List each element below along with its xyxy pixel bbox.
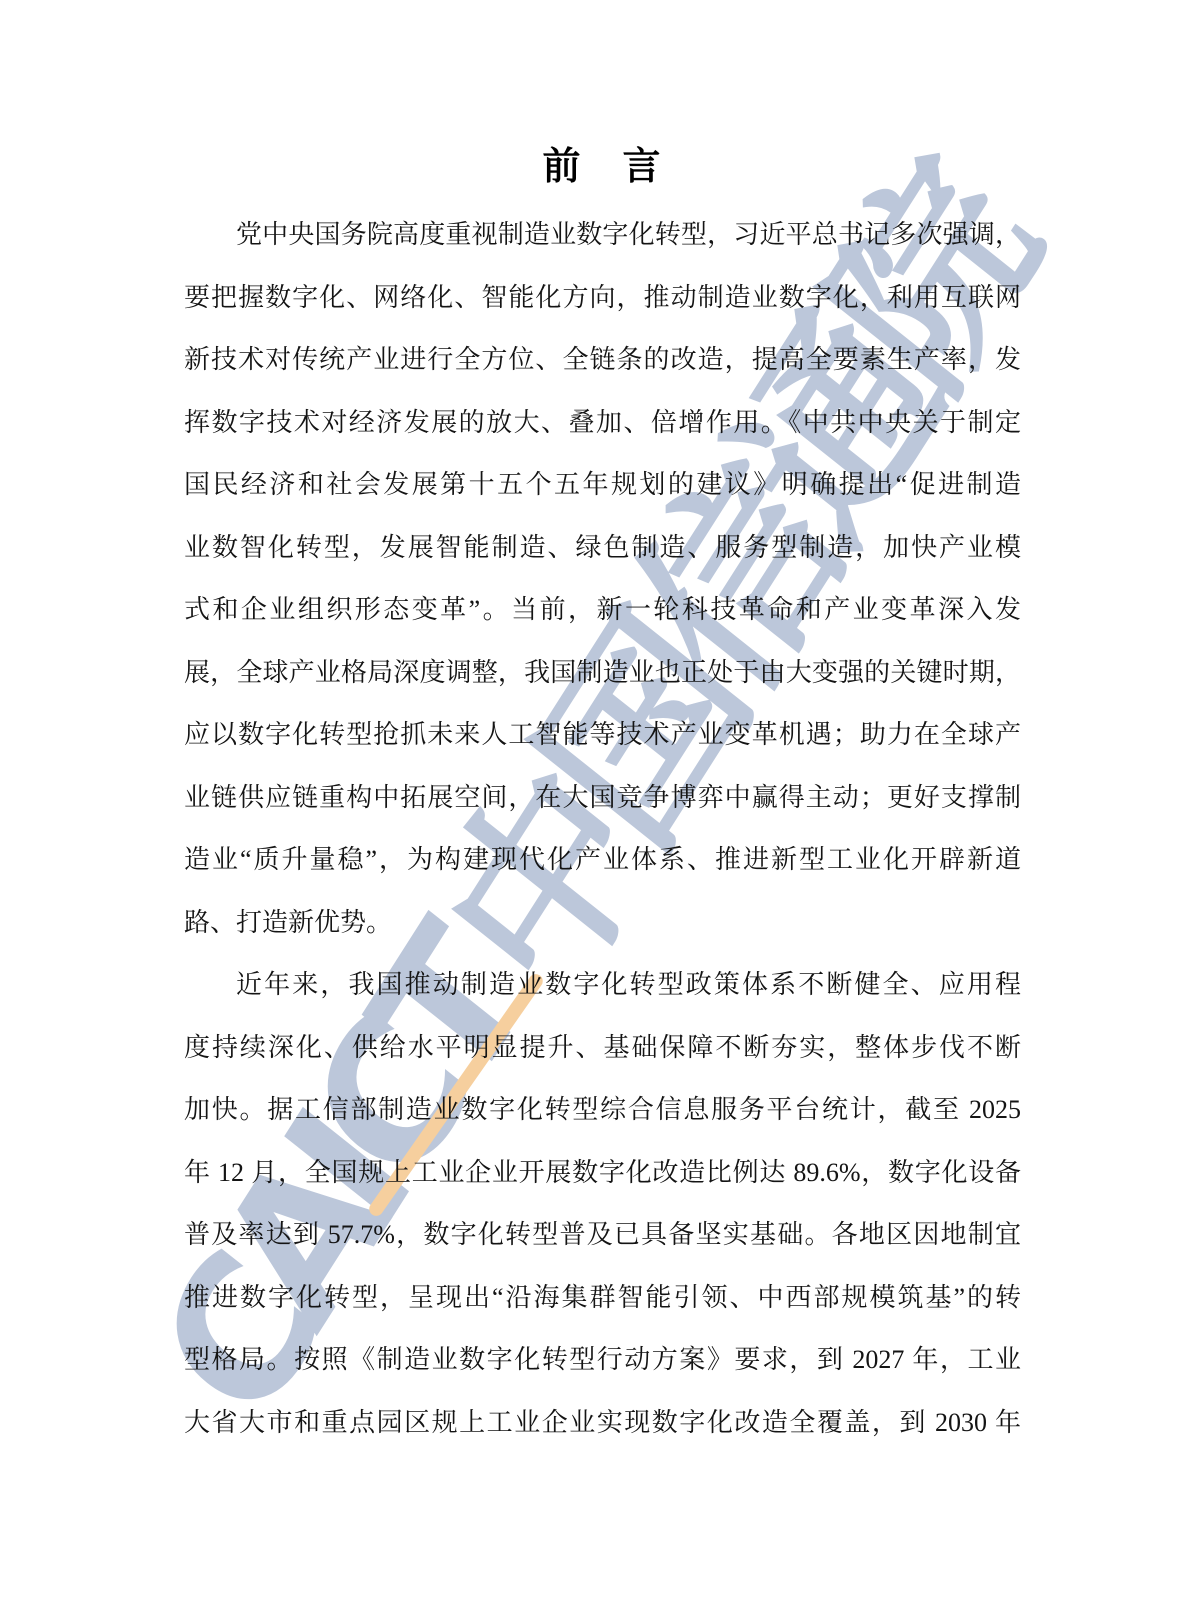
text-line: 路、打造新优势。	[184, 892, 1021, 955]
text-line: 业数智化转型，发展智能制造、绿色制造、服务型制造，加快产业模	[184, 517, 1021, 580]
text-line: 型格局。按照《制造业数字化转型行动方案》要求，到 2027 年，工业	[184, 1329, 1021, 1392]
page-title: 前 言	[184, 142, 1021, 192]
text-line: 推进数字化转型，呈现出“沿海集群智能引领、中西部规模筑基”的转	[184, 1267, 1021, 1330]
text-line: 造业“质升量稳”，为构建现代化产业体系、推进新型工业化开辟新道	[184, 829, 1021, 892]
text-line: 国民经济和社会发展第十五个五年规划的建议》明确提出“促进制造	[184, 454, 1021, 517]
text-line: 年 12 月，全国规上工业企业开展数字化改造比例达 89.6%，数字化设备	[184, 1142, 1021, 1205]
text-line: 加快。据工信部制造业数字化转型综合信息服务平台统计，截至 2025	[184, 1079, 1021, 1142]
text-line: 大省大市和重点园区规上工业企业实现数字化改造全覆盖，到 2030 年	[184, 1392, 1021, 1455]
body-text: 党中央国务院高度重视制造业数字化转型，习近平总书记多次强调，要把握数字化、网络化…	[184, 204, 1021, 1454]
text-line: 党中央国务院高度重视制造业数字化转型，习近平总书记多次强调，	[184, 204, 1021, 267]
page-content: 前 言 党中央国务院高度重视制造业数字化转型，习近平总书记多次强调，要把握数字化…	[184, 142, 1021, 1454]
text-line: 业链供应链重构中拓展空间，在大国竞争博弈中赢得主动；更好支撑制	[184, 767, 1021, 830]
text-line: 应以数字化转型抢抓未来人工智能等技术产业变革机遇；助力在全球产	[184, 704, 1021, 767]
text-line: 要把握数字化、网络化、智能化方向，推动制造业数字化，利用互联网	[184, 267, 1021, 330]
text-line: 普及率达到 57.7%，数字化转型普及已具备坚实基础。各地区因地制宜	[184, 1204, 1021, 1267]
text-line: 新技术对传统产业进行全方位、全链条的改造，提高全要素生产率，发	[184, 329, 1021, 392]
text-line: 式和企业组织形态变革”。当前，新一轮科技革命和产业变革深入发	[184, 579, 1021, 642]
document-page: CAICT 中国信通院 前 言 党中央国务院高度重视制造业数字化转型，习近平总书…	[0, 0, 1191, 1616]
text-line: 展，全球产业格局深度调整，我国制造业也正处于由大变强的关键时期，	[184, 642, 1021, 705]
text-line: 度持续深化、供给水平明显提升、基础保障不断夯实，整体步伐不断	[184, 1017, 1021, 1080]
text-line: 挥数字技术对经济发展的放大、叠加、倍增作用。《中共中央关于制定	[184, 392, 1021, 455]
text-line: 近年来，我国推动制造业数字化转型政策体系不断健全、应用程	[184, 954, 1021, 1017]
